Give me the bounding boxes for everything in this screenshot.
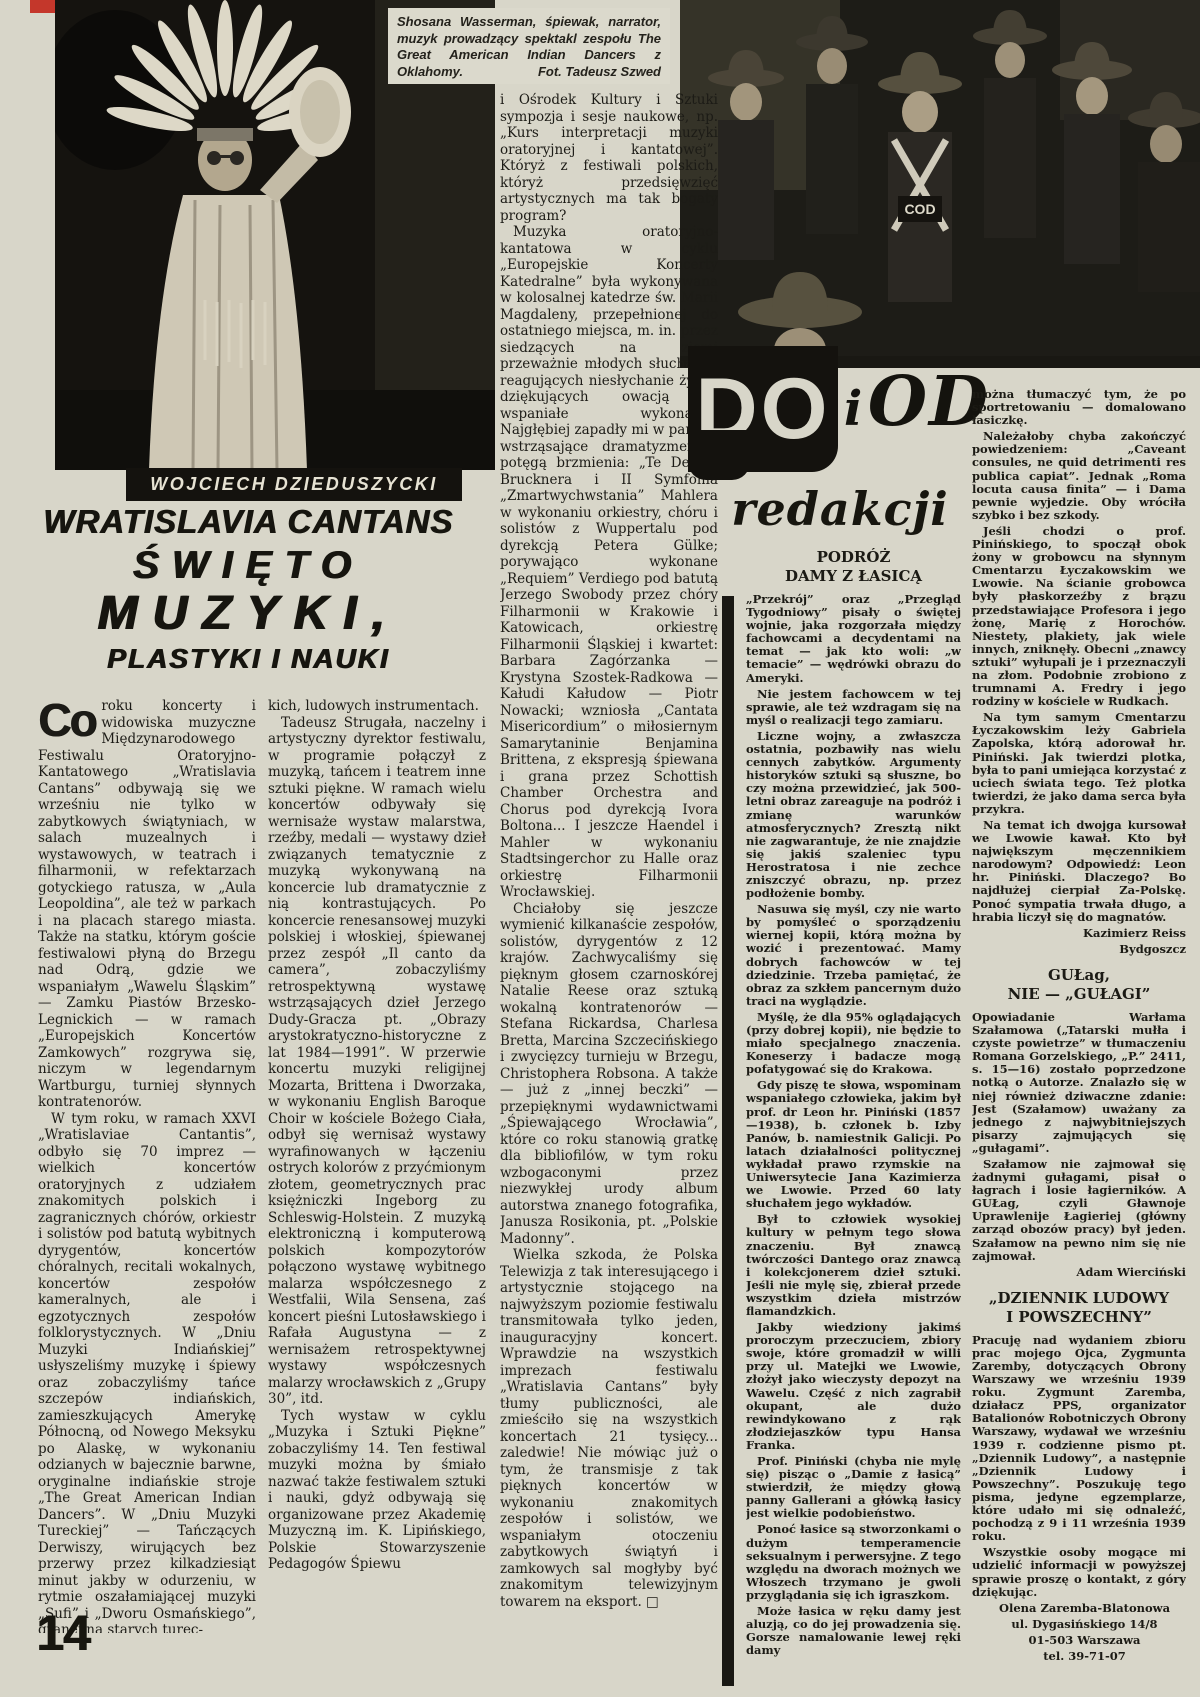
letter-paragraph: „Przekrój” oraz „Przegląd Tygodniowy” pi… [746, 593, 961, 685]
letter3-address-street: ul. Dygasińskiego 14/8 [972, 1618, 1186, 1631]
letter-paragraph: Wszystkie osoby mogące mi udzielić infor… [972, 1546, 1186, 1598]
letter-paragraph: Nasuwa się myśl, czy nie warto by pomyśl… [746, 903, 961, 1008]
letter-paragraph: Gdy piszę te słowa, wspominam wspaniałeg… [746, 1079, 961, 1210]
article-column-2: kich, ludowych instrumentach. Tadeusz St… [268, 698, 486, 1633]
body-paragraph: i Ośrodek Kultury i Sztuki sympozja i se… [500, 92, 718, 224]
letter2-heading: GUŁag, NIE — „GUŁAGI” [972, 966, 1186, 1004]
headline-line4: PLASTYKI I NAUKI [30, 640, 466, 678]
drop-cap: Co [38, 700, 95, 740]
headline-line3: MUZYKI, [30, 588, 466, 640]
letter-paragraph: Na temat ich dwojga kursował we Lwowie k… [972, 819, 1186, 924]
letter-paragraph: Szałamow nie zajmował się żadnymi gułaga… [972, 1158, 1186, 1263]
article-headline: WRATISLAVIA CANTANS ŚWIĘTO MUZYKI, PLAST… [30, 502, 466, 678]
letter-paragraph: Na tym samym Cmentarzu Łyczakowskim leży… [972, 711, 1186, 816]
article-column-3: i Ośrodek Kultury i Sztuki sympozja i se… [500, 92, 718, 1672]
headline-line2: ŚWIĘTO [30, 544, 466, 588]
letter2-signature: Adam Wierciński [972, 1266, 1186, 1279]
letter-paragraph: Należałoby chyba zakończyć powiedzeniem:… [972, 430, 1186, 522]
letter-paragraph: Jeśli chodzi o prof. Pinińskiego, to spo… [972, 525, 1186, 708]
body-paragraph: Wielka szkoda, że Polska Telewizja z tak… [500, 1247, 718, 1610]
body-paragraph: Muzyka oratoryjno-kantatowa w cyklu „Eur… [500, 224, 718, 901]
page-number: 14 [36, 1604, 90, 1662]
photo-chest-label: COD [904, 201, 935, 217]
article-column-1: Coroku koncerty i widowiska muzyczne Mię… [38, 698, 256, 1633]
letter-paragraph: Myślę, że dla 95% oglądających (przy dob… [746, 1011, 961, 1076]
letter1-signature: Kazimierz Reiss [972, 927, 1186, 940]
letter-paragraph: Pracuję nad wydaniem zbioru prac mojego … [972, 1334, 1186, 1544]
group-portrait-photo-art: COD [680, 0, 1200, 368]
photo-caption: Shosana Wasserman, śpiewak, narrator, mu… [388, 8, 670, 84]
newspaper-page: COD Shosana Wasserman, śpiewak, narrator… [0, 0, 1200, 1697]
letter-paragraph: Jakby wiedziony jakimś proroczym przeczu… [746, 1321, 961, 1452]
letter-paragraph: Ponoć łasice są stworzonkami o dużym tem… [746, 1523, 961, 1602]
letter3-phone: tel. 39-71-07 [972, 1650, 1186, 1663]
headline-line1: WRATISLAVIA CANTANS [30, 502, 466, 542]
letter-paragraph: Może łasica w ręku damy jest aluzją, co … [746, 1605, 961, 1657]
letter3-address-city: 01-503 Warszawa [972, 1634, 1186, 1647]
letter-paragraph: Był to człowiek wysokiej kultury w pełny… [746, 1213, 961, 1318]
body-paragraph: Chciałoby się jeszcze wymienić kilkanaśc… [500, 901, 718, 1248]
letter-paragraph: Prof. Piniński (chyba nie mylę się) pisz… [746, 1455, 961, 1520]
body-paragraph: kich, ludowych instrumentach. [268, 698, 486, 715]
letter3-signature: Olena Zaremba-Blatonowa [972, 1602, 1186, 1615]
letter-paragraph: można tłumaczyć tym, że po sportretowani… [972, 388, 1186, 427]
column-divider [722, 596, 734, 1686]
letter-paragraph: Nie jestem fachowcem w tej sprawie, ale … [746, 688, 961, 727]
article-byline-text: WOJCIECH DZIEDUSZYCKI [150, 474, 438, 494]
body-paragraph: Tych wystaw w cyklu „Muzyka i Sztuki Pię… [268, 1408, 486, 1573]
article-byline: WOJCIECH DZIEDUSZYCKI [126, 468, 462, 501]
letter3-heading: „DZIENNIK LUDOWY I POWSZECHNY” [972, 1289, 1186, 1327]
photo-credit: Fot. Tadeusz Szwed [530, 64, 661, 81]
group-portrait-photo: COD [680, 0, 1200, 368]
letter-paragraph: Liczne wojny, a zwłaszcza ostatnia, pozb… [746, 730, 961, 900]
body-paragraph: Coroku koncerty i widowiska muzyczne Mię… [38, 698, 256, 1111]
do-logo-tail [688, 430, 750, 480]
body-paragraph: W tym roku, w ramach XXVI „Wratislaviae … [38, 1111, 256, 1634]
letters-column-1: PODRÓŻ DAMY Z ŁASICĄ „Przekrój” oraz „Pr… [746, 548, 961, 1688]
body-paragraph: Tadeusz Strugała, naczelny i artystyczny… [268, 715, 486, 1408]
letter1-heading: PODRÓŻ DAMY Z ŁASICĄ [746, 548, 961, 586]
letters-column-2: można tłumaczyć tym, że po sportretowani… [972, 388, 1186, 1693]
iod-logo-i: i [844, 381, 862, 437]
redakcji-title: redakcji [705, 482, 975, 536]
letter-paragraph: Opowiadanie Warłama Szałamowa („Tatarski… [972, 1011, 1186, 1155]
letter1-signature-city: Bydgoszcz [972, 943, 1186, 956]
